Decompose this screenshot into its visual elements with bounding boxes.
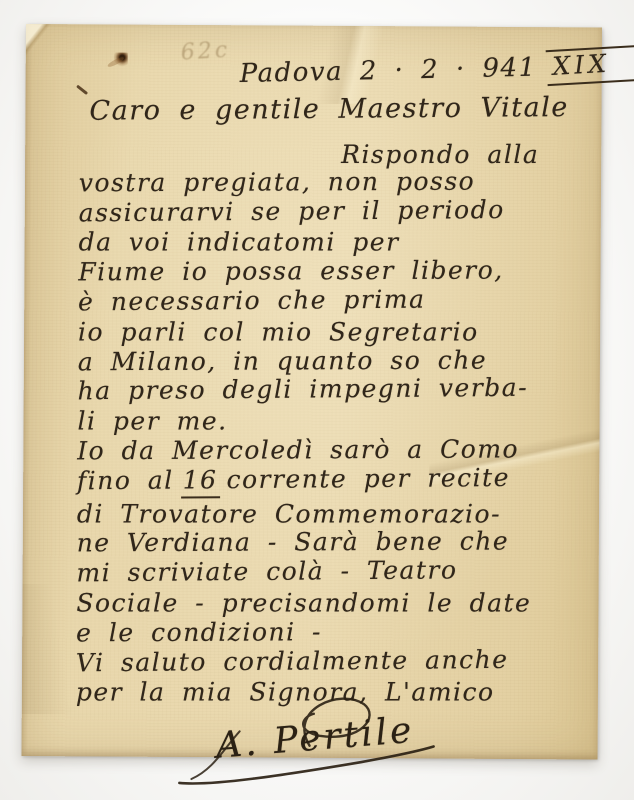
fascist-era-year: XIX — [546, 44, 634, 86]
line-text-pre: fino al — [77, 465, 174, 495]
date-line: Padova 2 · 2 · 941XIX — [239, 48, 634, 93]
letter-line: Io da Mercoledì sarò a Como — [77, 434, 587, 466]
opening-line: Rispondo alla — [341, 140, 589, 170]
letter-line: ha preso degli impegni verba- — [77, 373, 587, 407]
letter-line: Sociale - precisandomi le date — [76, 588, 586, 618]
closing-line: Vi saluto cordialmente anche — [76, 644, 586, 678]
letter-line: a Milano, in quanto so che — [78, 345, 588, 377]
letter-body: Rispondo alla vostra pregiata, non posso… — [76, 138, 589, 710]
pencil-annotation: 62c — [180, 38, 231, 66]
letter-line: assicurarvi se per il periodo — [79, 194, 589, 228]
letter-line: ne Verdiana - Sarà bene che — [77, 526, 587, 558]
line-text-post: corrente per recite — [226, 463, 510, 494]
letter-line: è necessario che prima — [78, 283, 588, 317]
letter-line: io parli col mio Segretario — [78, 317, 588, 347]
underlined-day-number: 16 — [181, 465, 220, 498]
letter-line: mi scriviate colà - Teatro — [76, 554, 586, 588]
paper-corner-fold — [26, 24, 62, 68]
place-and-date: Padova 2 · 2 · 941 — [239, 53, 536, 89]
letter-line: li per me. — [77, 406, 587, 436]
ink-stain — [114, 53, 128, 67]
letter-line: vostra pregiata, non posso — [79, 166, 589, 198]
letter-paper-sheet: 62c Padova 2 · 2 · 941XIX Caro e gentile… — [22, 24, 602, 760]
letter-line: da voi indicatomi per — [79, 228, 589, 258]
letter-line-with-underlined-day: fino al16corrente per recite — [77, 462, 587, 499]
letter-line: di Trovatore Commemorazio- — [77, 499, 587, 529]
ink-speck — [76, 85, 88, 95]
salutation-line: Caro e gentile Maestro Vitale — [89, 92, 569, 127]
letter-line: Fiume io possa esser libero, — [78, 255, 588, 287]
signature-area: A. Pertile — [161, 687, 472, 793]
letter-line: e le condizioni - — [76, 616, 586, 648]
